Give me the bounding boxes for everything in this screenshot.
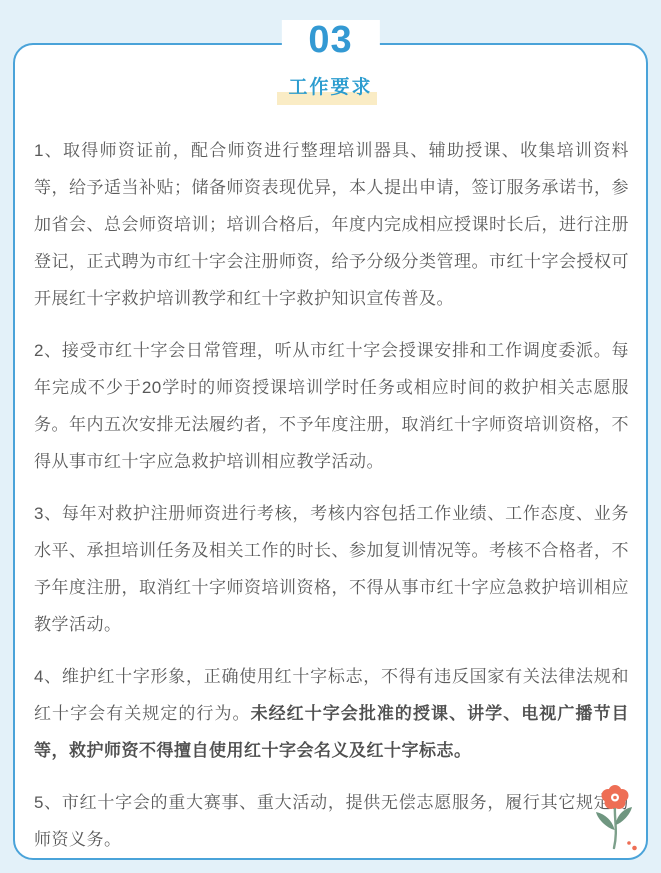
paragraph-text: 1、取得师资证前，配合师资进行整理培训器具、辅助授课、收集培训资料等，给予适当补… bbox=[34, 141, 629, 308]
section-title-text: 工作要求 bbox=[288, 77, 372, 98]
content-card: 工作要求 1、取得师资证前，配合师资进行整理培训器具、辅助授课、收集培训资料等，… bbox=[13, 43, 648, 860]
paragraph-text: 2、接受市红十字会日常管理，听从市红十字会授课安排和工作调度委派。每年完成不少于… bbox=[34, 341, 629, 471]
requirement-paragraph-2: 2、接受市红十字会日常管理，听从市红十字会授课安排和工作调度委派。每年完成不少于… bbox=[34, 332, 629, 480]
page-background: { "page": { "background_color": "#e3f1f9… bbox=[0, 0, 661, 873]
requirement-paragraph-5: 5、市红十字会的重大赛事、重大活动，提供无偿志愿服务，履行其它规定的师资义务。 bbox=[34, 784, 629, 858]
section-title: 工作要求 bbox=[288, 72, 372, 99]
paragraph-text: 3、每年对救护注册师资进行考核，考核内容包括工作业绩、工作态度、业务水平、承担培… bbox=[34, 504, 629, 634]
flower-head bbox=[602, 785, 629, 809]
requirement-paragraph-3: 3、每年对救护注册师资进行考核，考核内容包括工作业绩、工作态度、业务水平、承担培… bbox=[34, 495, 629, 643]
flower-leaf-right bbox=[616, 807, 633, 825]
flower-illustration bbox=[593, 785, 639, 853]
section-number: 03 bbox=[281, 20, 379, 60]
requirement-paragraph-1: 1、取得师资证前，配合师资进行整理培训器具、辅助授课、收集培训资料等，给予适当补… bbox=[34, 132, 629, 317]
requirement-paragraph-4: 4、维护红十字形象，正确使用红十字标志，不得有违反国家有关法律法规和红十字会有关… bbox=[34, 658, 629, 769]
flower-leaf-left bbox=[596, 812, 615, 830]
section-header: 工作要求 bbox=[15, 72, 646, 100]
flower-stem bbox=[614, 805, 616, 848]
flower-dots bbox=[627, 841, 637, 850]
requirements-list: 1、取得师资证前，配合师资进行整理培训器具、辅助授课、收集培训资料等，给予适当补… bbox=[34, 132, 629, 858]
paragraph-text: 5、市红十字会的重大赛事、重大活动，提供无偿志愿服务，履行其它规定的师资义务。 bbox=[34, 793, 629, 849]
